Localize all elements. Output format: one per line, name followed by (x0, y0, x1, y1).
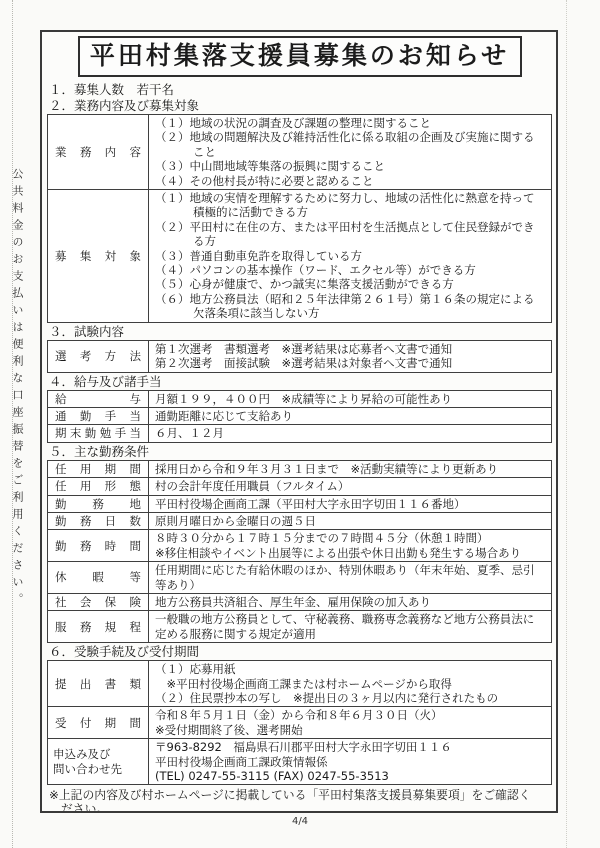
table-row-selection-method: 選 考 方 法 第１次選考 書類選考 ※選考結果は応募者へ文書で通知 第２次選考… (48, 340, 552, 372)
row-content-workplace: 平田村役場企画商工課（平田村大字永田字切田１１６番地） (149, 495, 552, 512)
row-content-salary: 月額１９９，４００円 ※成績等により昇給の可能性あり (149, 390, 552, 407)
table-row-application-period: 受 付 期 間 令和８年５月１日（金）から令和８年６月３０日（火） ※受付期間終… (48, 707, 552, 739)
row-content-leave: 任用期間に応じた有給休暇のほか、特別休暇あり（年末年始、夏季、忌引 等あり） (149, 562, 552, 594)
duty-item: （２）地域の問題解決及び維持活性化に係る取組の企画及び実施に関する こと (155, 130, 548, 159)
table-row-bonus: 期末勤勉手当 ６月、１２月 (48, 425, 552, 442)
margin-vertical-note: 公共料金のお支払いは便利な口座振替をご利用ください。 (9, 168, 25, 610)
row-label-selection-method: 選 考 方 法 (48, 340, 149, 372)
section-heading-exam: ３．試験内容 (49, 325, 552, 339)
target-item: （１）地域の実情を理解するために努力し、地域の活性化に熱意を持って 積極的に活動… (155, 191, 548, 220)
table-row-social-insurance: 社 会 保 険 地方公務員共済組合、厚生年金、雇用保険の加入あり (48, 593, 552, 610)
row-content-service-rules: 一般職の地方公務員として、守秘義務、職務専念義務など地方公務員法に 定める服務に… (149, 611, 552, 643)
row-label-salary: 給 与 (48, 390, 149, 407)
table-row-leave: 休 暇 等 任用期間に応じた有給休暇のほか、特別休暇あり（年末年始、夏季、忌引 … (48, 562, 552, 594)
section-heading-work-conditions: ５．主な勤務条件 (49, 445, 552, 459)
document-frame: 平田村集落支援員募集のお知らせ １．募集人数 若干名 ２．業務内容及び募集対象 … (40, 30, 558, 813)
table-row-work-days: 勤 務 日 数 原則月曜日から金曜日の週５日 (48, 512, 552, 529)
duty-item: （１）地域の状況の調査及び課題の整理に関すること (155, 116, 548, 130)
row-label-work-days: 勤 務 日 数 (48, 512, 149, 529)
row-label-leave: 休 暇 等 (48, 562, 149, 594)
row-label-social-insurance: 社 会 保 険 (48, 593, 149, 610)
row-label-duties: 業 務 内 容 (48, 115, 149, 190)
document-title: 平田村集落支援員募集のお知らせ (90, 41, 509, 70)
row-content-work-days: 原則月曜日から金曜日の週５日 (149, 512, 552, 529)
section-heading-application: ６．受験手続及び受付期間 (49, 645, 552, 659)
application-table: 提 出 書 類 （１）応募用紙 ※平田村役場企画商工課または村ホームページから取… (47, 660, 552, 785)
table-row-employment-type: 任 用 形 態 村の会計年度任用職員（フルタイム） (48, 478, 552, 495)
row-content-documents: （１）応募用紙 ※平田村役場企画商工課または村ホームページから取得 （２）住民票… (149, 661, 552, 707)
row-content-bonus: ６月、１２月 (149, 425, 552, 442)
row-label-workplace: 勤 務 地 (48, 495, 149, 512)
row-label-commute-allowance: 通 勤 手 当 (48, 407, 149, 424)
row-content-targets: （１）地域の実情を理解するために努力し、地域の活性化に熱意を持って 積極的に活動… (149, 190, 552, 323)
section-heading-recruit-count: １．募集人数 若干名 (49, 83, 552, 97)
table-row-work-hours: 勤 務 時 間 ８時３０分から１７時１５分までの７時間４５分（休憩１時間） ※移… (48, 530, 552, 562)
selection-table: 選 考 方 法 第１次選考 書類選考 ※選考結果は応募者へ文書で通知 第２次選考… (47, 340, 552, 373)
page-number: 4/4 (0, 816, 600, 827)
conditions-table: 任 用 期 間 採用日から令和９年３月３１日まで ※活動実績等により更新あり 任… (47, 460, 552, 643)
target-item: （５）心身が健康で、かつ誠実に集落支援活動ができる方 (155, 277, 548, 291)
row-label-targets: 募 集 対 象 (48, 190, 149, 323)
target-item: （２）平田村に在住の方、または平田村を生活拠点として住民登録ができ る方 (155, 220, 548, 249)
row-label-bonus: 期末勤勉手当 (48, 425, 149, 442)
row-content-commute-allowance: 通勤距離に応じて支給あり (149, 407, 552, 424)
target-item: （３）普通自動車免許を取得している方 (155, 249, 548, 263)
table-row-duties: 業 務 内 容 （１）地域の状況の調査及び課題の整理に関すること （２）地域の問… (48, 115, 552, 190)
row-label-work-hours: 勤 務 時 間 (48, 530, 149, 562)
duties-targets-table: 業 務 内 容 （１）地域の状況の調査及び課題の整理に関すること （２）地域の問… (47, 114, 552, 323)
target-item: （４）パソコンの基本操作（ワード、エクセル等）ができる方 (155, 263, 548, 277)
row-label-service-rules: 服 務 規 程 (48, 611, 149, 643)
row-content-application-period: 令和８年５月１日（金）から令和８年６月３０日（火） ※受付期間終了後、選考開始 (149, 707, 552, 739)
table-row-commute-allowance: 通 勤 手 当 通勤距離に応じて支給あり (48, 407, 552, 424)
row-content-selection-method: 第１次選考 書類選考 ※選考結果は応募者へ文書で通知 第２次選考 面接試験 ※選… (149, 340, 552, 372)
title-box: 平田村集落支援員募集のお知らせ (78, 36, 522, 77)
row-content-employment-period: 採用日から令和９年３月３１日まで ※活動実績等により更新あり (149, 460, 552, 477)
section-heading-salary: ４．給与及び諸手当 (49, 375, 552, 389)
row-label-employment-period: 任 用 期 間 (48, 460, 149, 477)
table-row-service-rules: 服 務 規 程 一般職の地方公務員として、守秘義務、職務専念義務など地方公務員法… (48, 611, 552, 643)
table-row-employment-period: 任 用 期 間 採用日から令和９年３月３１日まで ※活動実績等により更新あり (48, 460, 552, 477)
row-content-contact: 〒963-8292 福島県石川郡平田村大字永田字切田１１６ 平田村役場企画商工課… (149, 739, 552, 785)
row-label-employment-type: 任 用 形 態 (48, 478, 149, 495)
table-row-salary: 給 与 月額１９９，４００円 ※成績等により昇給の可能性あり (48, 390, 552, 407)
table-row-workplace: 勤 務 地 平田村役場企画商工課（平田村大字永田字切田１１６番地） (48, 495, 552, 512)
row-label-documents: 提 出 書 類 (48, 661, 149, 707)
salary-table: 給 与 月額１９９，４００円 ※成績等により昇給の可能性あり 通 勤 手 当 通… (47, 390, 552, 443)
row-label-application-period: 受 付 期 間 (48, 707, 149, 739)
target-item: （６）地方公務員法（昭和２５年法律第２６１号）第１６条の規定による 欠落条項に該… (155, 292, 548, 321)
table-row-documents: 提 出 書 類 （１）応募用紙 ※平田村役場企画商工課または村ホームページから取… (48, 661, 552, 707)
bottom-note: ※上記の内容及び村ホームページに掲載している「平田村集落支援員募集要項」をご確認… (49, 788, 551, 813)
duty-item: （４）その他村長が特に必要と認めること (155, 174, 548, 188)
row-label-contact: 申込み及び 問い合わせ先 (48, 739, 149, 785)
row-content-work-hours: ８時３０分から１７時１５分までの７時間４５分（休憩１時間） ※移住相談やイベント… (149, 530, 552, 562)
table-row-contact: 申込み及び 問い合わせ先 〒963-8292 福島県石川郡平田村大字永田字切田１… (48, 739, 552, 785)
row-content-social-insurance: 地方公務員共済組合、厚生年金、雇用保険の加入あり (149, 593, 552, 610)
duty-item: （３）中山間地域等集落の振興に関すること (155, 159, 548, 173)
row-content-employment-type: 村の会計年度任用職員（フルタイム） (149, 478, 552, 495)
section-heading-duties-targets: ２．業務内容及び募集対象 (49, 99, 552, 113)
row-content-duties: （１）地域の状況の調査及び課題の整理に関すること （２）地域の問題解決及び維持活… (149, 115, 552, 190)
scan-edge-right (566, 0, 567, 848)
table-row-targets: 募 集 対 象 （１）地域の実情を理解するために努力し、地域の活性化に熱意を持っ… (48, 190, 552, 323)
